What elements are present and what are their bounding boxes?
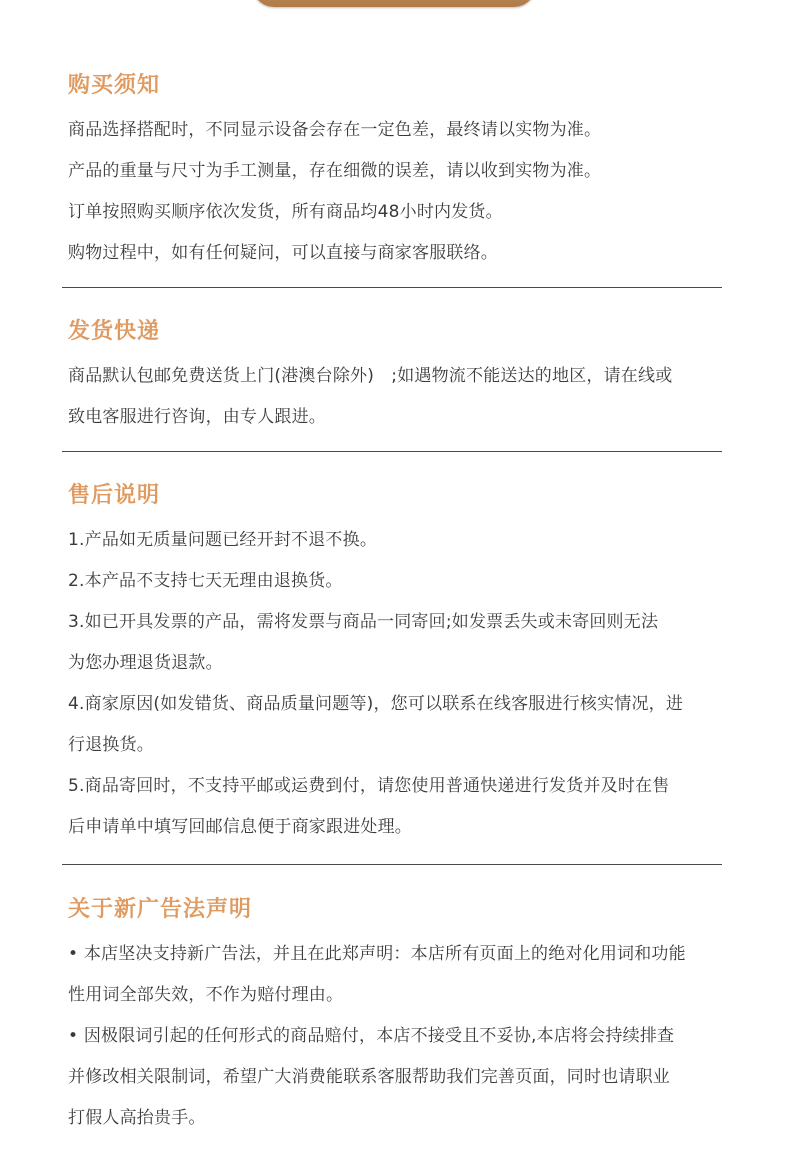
text-line: 商品选择搭配时，不同显示设备会存在一定色差，最终请以实物为准。 [68,115,601,140]
text-line: 5.商品寄回时，不支持平邮或运费到付，请您使用普通快递进行发货并及时在售 [68,771,669,796]
text-line: 致电客服进行咨询，由专人跟进。 [68,402,326,427]
divider [62,864,722,865]
text-line: • 本店坚决支持新广告法，并且在此郑声明：本店所有页面上的绝对化用词和功能 [68,939,686,964]
divider [62,287,722,288]
text-line: 行退换货。 [68,730,154,755]
text-line: 购物过程中，如有任何疑问，可以直接与商家客服联络。 [68,238,498,263]
top-tab-button[interactable] [252,0,536,7]
text-line: 2.本产品不支持七天无理由退换货。 [68,566,343,591]
divider [62,451,722,452]
text-line: 产品的重量与尺寸为手工测量，存在细微的误差，请以收到实物为准。 [68,156,601,181]
text-line: • 因极限词引起的任何形式的商品赔付，本店不接受且不妥协,本店将会持续排查 [68,1021,674,1046]
text-line: 并修改相关限制词，希望广大消费能联系客服帮助我们完善页面，同时也请职业 [68,1062,670,1087]
section-title: 购买须知 [68,68,160,99]
text-line: 商品默认包邮免费送货上门(港澳台除外) ;如遇物流不能送达的地区，请在线或 [68,361,672,386]
section-title: 售后说明 [68,478,160,509]
text-line: 打假人高抬贵手。 [68,1103,206,1128]
text-line: 3.如已开具发票的产品，需将发票与商品一同寄回;如发票丢失或未寄回则无法 [68,607,658,632]
section-title: 关于新广告法声明 [68,892,252,923]
text-line: 订单按照购买顺序依次发货，所有商品均48小时内发货。 [68,197,503,222]
text-line: 性用词全部失效，不作为赔付理由。 [68,980,343,1005]
section-title: 发货快递 [68,314,160,345]
text-line: 1.产品如无质量问题已经开封不退不换。 [68,525,377,550]
text-line: 为您办理退货退款。 [68,648,223,673]
text-line: 4.商家原因(如发错货、商品质量问题等)，您可以联系在线客服进行核实情况，进 [68,689,683,714]
text-line: 后申请单中填写回邮信息便于商家跟进处理。 [68,812,412,837]
